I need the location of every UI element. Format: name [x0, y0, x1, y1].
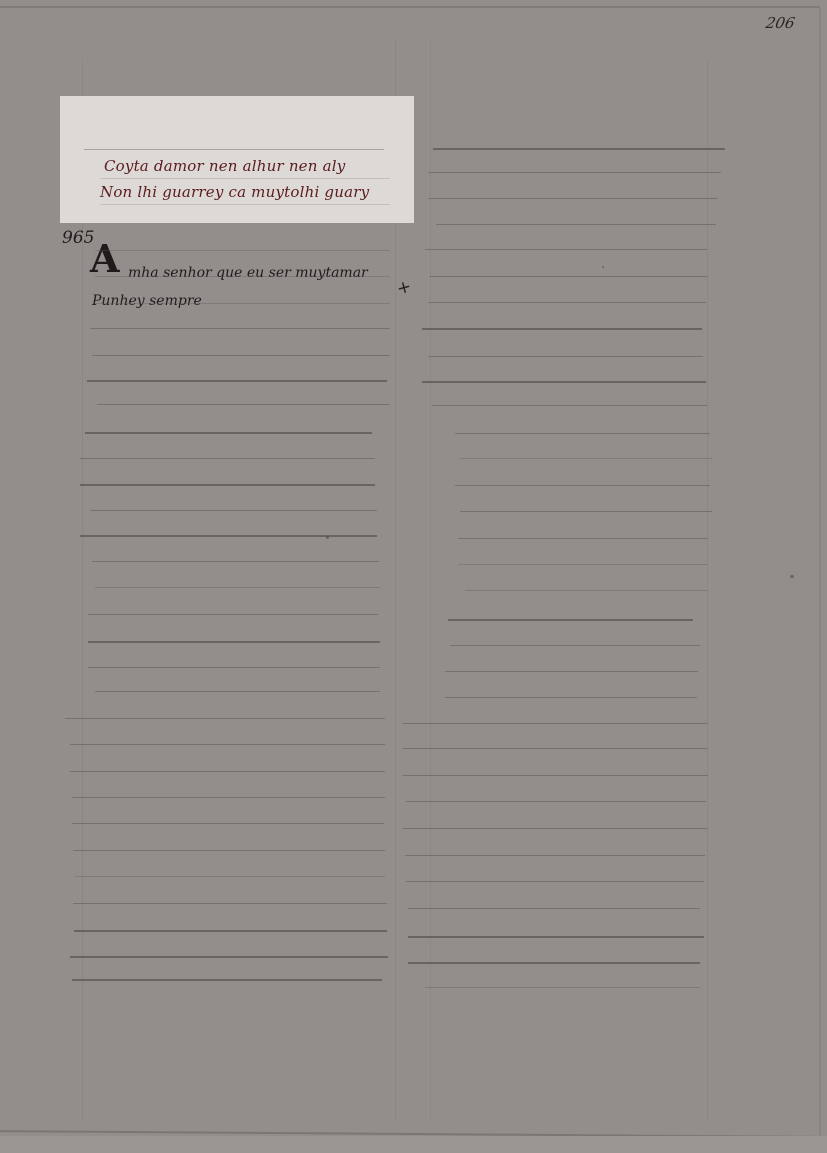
ruled-line: [80, 535, 377, 537]
ruled-line: [403, 828, 708, 829]
ruled-line: [95, 691, 380, 692]
highlighted-excerpt: Coyta damor nen alhur nen aly Non lhi gu…: [60, 96, 414, 223]
page-right-edge: [819, 8, 821, 1138]
excerpt-ruled-line: [84, 149, 384, 150]
excerpt-line-1: Coyta damor nen alhur nen aly: [104, 157, 345, 175]
ruled-line: [408, 908, 700, 909]
ruled-line: [403, 775, 708, 776]
ruled-line: [72, 979, 382, 981]
cross-mark-icon: +: [395, 276, 414, 299]
ruled-line: [403, 748, 708, 749]
ruled-line: [406, 881, 704, 882]
ruled-line: [88, 641, 380, 643]
ruled-line: [455, 433, 710, 434]
ruled-line: [450, 645, 700, 646]
ruled-line: [80, 484, 375, 486]
ruled-line: [92, 355, 390, 356]
ruled-line: [70, 956, 388, 958]
ruled-line: [448, 619, 693, 621]
column-right-start-rule: [430, 40, 431, 1120]
ruled-line: [97, 404, 389, 405]
ruled-line: [70, 744, 385, 745]
ruled-line: [445, 697, 697, 698]
ruled-line: [90, 510, 377, 511]
ruled-line: [75, 876, 385, 877]
ruled-line: [72, 797, 385, 798]
ink-speck: [790, 575, 794, 578]
decorated-initial: A: [90, 240, 119, 278]
background-surface: [0, 1136, 827, 1153]
excerpt-line-2: Non lhi guarrey ca muytolhi guary: [100, 183, 369, 201]
ruled-line: [95, 587, 380, 588]
ruled-line: [428, 172, 721, 173]
page-top-edge: [0, 6, 820, 8]
ruled-line: [85, 432, 372, 434]
ruled-line: [428, 356, 703, 357]
ruled-line: [455, 485, 710, 486]
ruled-line: [445, 671, 698, 672]
ruled-line: [460, 511, 712, 512]
ruled-line: [88, 667, 380, 668]
ruled-line: [428, 302, 706, 303]
ruled-line: [73, 903, 387, 904]
ruled-line: [95, 250, 390, 251]
ruled-line: [95, 276, 390, 277]
ruled-line: [403, 723, 708, 724]
ink-speck: [602, 266, 604, 268]
ruled-line: [458, 538, 708, 539]
ruled-line: [425, 249, 707, 250]
ruled-line: [458, 564, 708, 565]
excerpt-ruled-line: [100, 204, 390, 205]
ruled-line: [88, 614, 378, 615]
ruled-line: [405, 855, 705, 856]
folio-number: 206: [764, 14, 796, 32]
ruled-line: [422, 328, 702, 330]
ruled-line: [425, 987, 700, 988]
ruled-line: [65, 718, 385, 719]
ruled-line: [90, 328, 390, 329]
stanza-line-2: Punhey sempre: [92, 293, 202, 309]
ruled-line: [428, 198, 718, 199]
ruled-line: [406, 801, 706, 802]
ruled-line: [433, 148, 725, 150]
manuscript-page: 206 Coyta damor nen alhur nen aly Non lh…: [0, 0, 827, 1153]
ruled-line: [465, 590, 708, 591]
ruled-line: [460, 458, 712, 459]
excerpt-ruled-line: [100, 178, 390, 179]
ruled-line: [422, 381, 706, 383]
ruled-line: [430, 276, 708, 277]
ruled-line: [408, 962, 700, 964]
ruled-line: [436, 224, 716, 225]
ruled-line: [80, 458, 375, 459]
ruled-line: [95, 303, 390, 304]
ruled-line: [92, 561, 379, 562]
ruled-line: [408, 936, 704, 938]
ruled-line: [87, 380, 387, 382]
stanza-line-1: mha senhor que eu ser muytamar: [128, 265, 368, 281]
ink-speck: [326, 536, 329, 539]
ruled-line: [432, 405, 707, 406]
ruled-line: [74, 930, 387, 932]
ruled-line: [70, 771, 385, 772]
ruled-line: [72, 823, 384, 824]
ruled-line: [73, 850, 385, 851]
